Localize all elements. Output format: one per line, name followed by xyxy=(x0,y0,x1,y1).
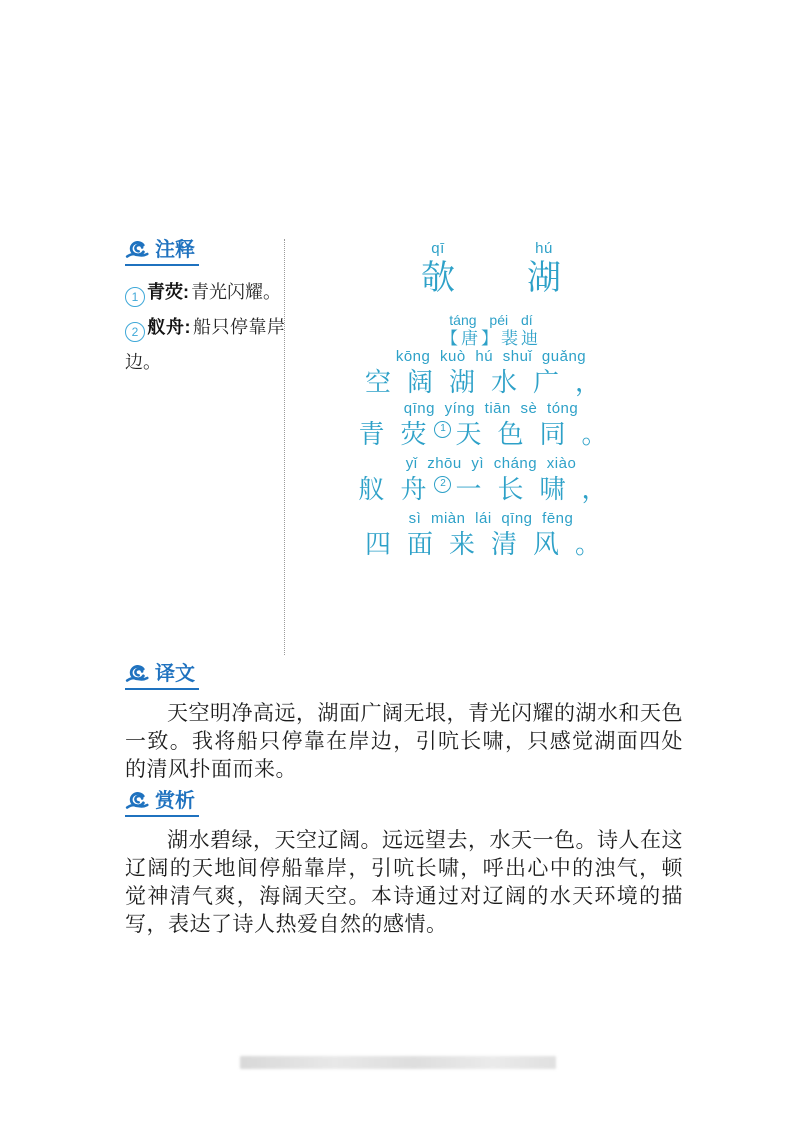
poem-author-pinyin: táng péi dí xyxy=(295,313,687,328)
wave-logo-icon xyxy=(125,241,149,260)
translation-header-label: 译文 xyxy=(155,663,195,685)
note-item: 1青荧:青光闪耀。 xyxy=(125,275,285,310)
poem-line-segment: 一长啸 xyxy=(455,475,581,504)
poem-line: sì miàn lái qīng fēng 四面来清风。 xyxy=(295,511,687,560)
note-number-badge: 2 xyxy=(125,322,145,342)
poem-line-punct: ， xyxy=(582,475,624,504)
note-item: 2舣舟:船只停靠岸边。 xyxy=(125,310,285,380)
poem-title-text: 湖 xyxy=(527,260,561,298)
poem-line-segment: 青荧 xyxy=(358,420,442,449)
poem-line: qīng yíng tiān sè tóng 青荧1天色同。 xyxy=(295,401,687,450)
poem-line-punct: ， xyxy=(575,368,617,397)
note-ref-badge: 2 xyxy=(434,476,451,493)
analysis-text: 湖水碧绿，天空辽阔。远远望去，水天一色。诗人在这辽阔的天地间停船靠岸，引吭长啸，… xyxy=(125,826,683,938)
note-definition: 青光闪耀。 xyxy=(191,282,281,302)
poem-line-segment: 天色同 xyxy=(455,420,581,449)
note-ref-badge: 1 xyxy=(434,421,451,438)
analysis-section: 赏析 湖水碧绿，天空辽阔。远远望去，水天一色。诗人在这辽阔的天地间停船靠岸，引吭… xyxy=(125,790,683,938)
poem-line-punct: 。 xyxy=(575,530,617,559)
poem-line-text: 青荧1天色同。 xyxy=(295,420,687,450)
poem-line-text: 四面来清风。 xyxy=(295,530,687,560)
note-term: 青荧: xyxy=(147,282,189,302)
poem-line-segment: 舣舟 xyxy=(358,475,442,504)
translation-section: 译文 天空明净高远，湖面广阔无垠，青光闪耀的湖水和天色一致。我将船只停靠在岸边，… xyxy=(125,663,683,783)
poem-title: qī 欹 hú 湖 xyxy=(295,241,687,298)
poem-line-pinyin: sì miàn lái qīng fēng xyxy=(295,511,687,527)
analysis-header: 赏析 xyxy=(125,790,199,817)
poem-line-pinyin: yǐ zhōu yì cháng xiào xyxy=(295,456,687,472)
notes-list: 1青荧:青光闪耀。 2舣舟:船只停靠岸边。 xyxy=(125,275,285,380)
poem-line-pinyin: kōng kuò hú shuǐ guǎng xyxy=(295,349,687,365)
translation-text: 天空明净高远，湖面广阔无垠，青光闪耀的湖水和天色一致。我将船只停靠在岸边，引吭长… xyxy=(125,699,683,783)
notes-header: 注释 xyxy=(125,239,199,266)
poem-title-char: hú 湖 xyxy=(527,241,561,298)
poem-line: kōng kuò hú shuǐ guǎng 空阔湖水广， xyxy=(295,349,687,398)
translation-header: 译文 xyxy=(125,663,199,690)
poem-title-pinyin: qī xyxy=(421,241,455,257)
poem-line-segment: 四面来清风 xyxy=(365,530,575,559)
note-term: 舣舟: xyxy=(147,317,191,337)
notes-header-label: 注释 xyxy=(155,239,195,261)
dotted-divider xyxy=(284,239,285,655)
wave-logo-icon xyxy=(125,665,149,684)
watermark-bar xyxy=(240,1056,556,1069)
wave-logo-icon xyxy=(125,792,149,811)
poem-line-punct: 。 xyxy=(582,420,624,449)
notes-panel: 注释 1青荧:青光闪耀。 2舣舟:船只停靠岸边。 xyxy=(125,239,285,380)
poem-line: yǐ zhōu yì cháng xiào 舣舟2一长啸， xyxy=(295,456,687,505)
textbook-page: 注释 1青荧:青光闪耀。 2舣舟:船只停靠岸边。 qī 欹 hú xyxy=(0,0,793,1122)
poem-author-text: 【唐】裴迪 xyxy=(295,329,687,348)
poem-line-text: 空阔湖水广， xyxy=(295,368,687,398)
poem-title-text: 欹 xyxy=(421,260,455,298)
poem-line-pinyin: qīng yíng tiān sè tóng xyxy=(295,401,687,417)
note-number-badge: 1 xyxy=(125,287,145,307)
analysis-header-label: 赏析 xyxy=(155,790,195,812)
poem-title-pinyin: hú xyxy=(527,241,561,257)
poem-title-char: qī 欹 xyxy=(421,241,455,298)
poem-author: táng péi dí 【唐】裴迪 xyxy=(295,313,687,348)
poem-line-segment: 空阔湖水广 xyxy=(365,368,575,397)
poem-line-text: 舣舟2一长啸， xyxy=(295,475,687,505)
